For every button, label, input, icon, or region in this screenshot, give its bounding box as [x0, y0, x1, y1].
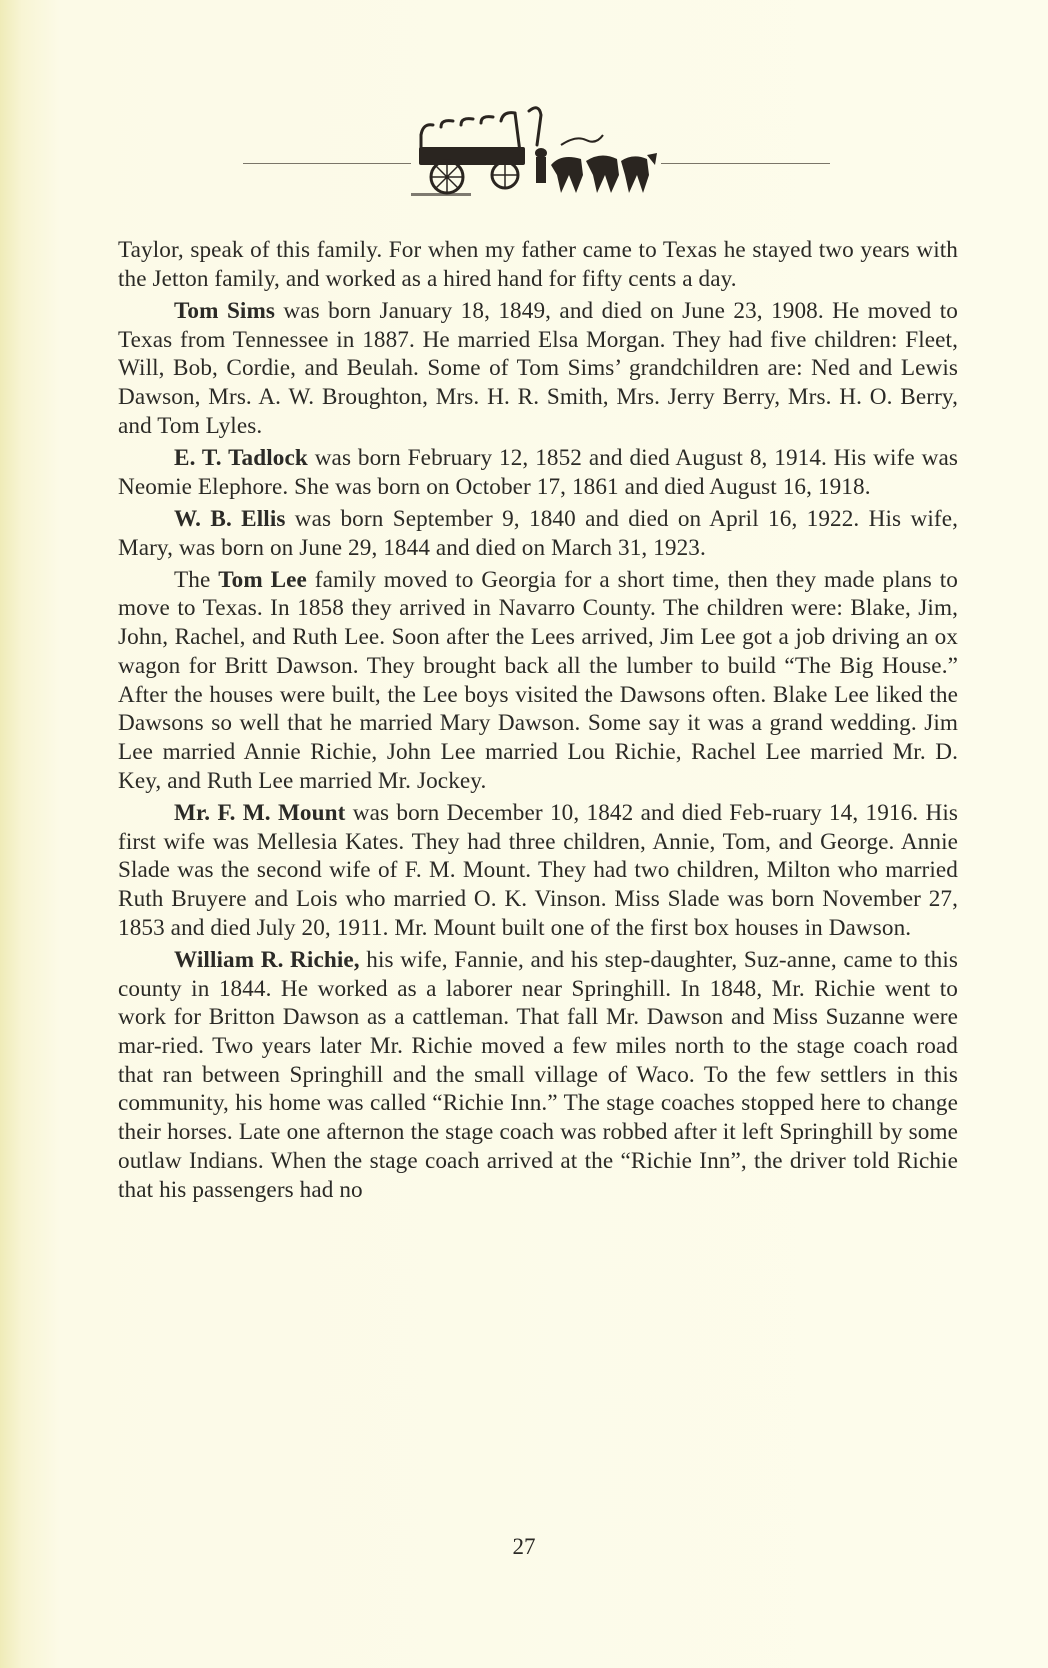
- header-rule-right: [661, 163, 830, 164]
- person-name: Tom Sims: [174, 298, 275, 324]
- header-ornament: [243, 105, 830, 205]
- paragraph-mount: Mr. F. M. Mount was born December 10, 18…: [118, 799, 958, 943]
- paragraph-richie: William R. Richie, his wife, Fannie, and…: [118, 946, 958, 1204]
- person-name: William R. Richie,: [174, 947, 360, 973]
- header-rule-left: [243, 163, 411, 164]
- book-page: Taylor, speak of this family. For when m…: [0, 0, 1048, 1668]
- covered-wagon-icon: [411, 105, 661, 205]
- paragraph-text: Taylor, speak of this family. For when m…: [118, 237, 958, 292]
- paragraph-ellis: W. B. Ellis was born September 9, 1840 a…: [118, 505, 958, 562]
- person-name: W. B. Ellis: [174, 506, 285, 532]
- paragraph-tom-lee: The Tom Lee family moved to Georgia for …: [118, 566, 958, 796]
- person-name: Tom Lee: [218, 567, 307, 593]
- paragraph-prefix: The: [174, 567, 218, 593]
- body-text: Taylor, speak of this family. For when m…: [118, 236, 958, 1208]
- paragraph-tadlock: E. T. Tadlock was born February 12, 1852…: [118, 444, 958, 501]
- person-name: E. T. Tadlock: [174, 445, 308, 471]
- paragraph-text: family moved to Georgia for a short time…: [118, 567, 958, 794]
- paragraph-text: his wife, Fannie, and his step-daughter,…: [118, 947, 958, 1203]
- page-number: 27: [0, 1534, 1048, 1560]
- person-name: Mr. F. M. Mount: [174, 800, 345, 826]
- paragraph-intro: Taylor, speak of this family. For when m…: [118, 236, 958, 293]
- paragraph-tom-sims: Tom Sims was born January 18, 1849, and …: [118, 297, 958, 441]
